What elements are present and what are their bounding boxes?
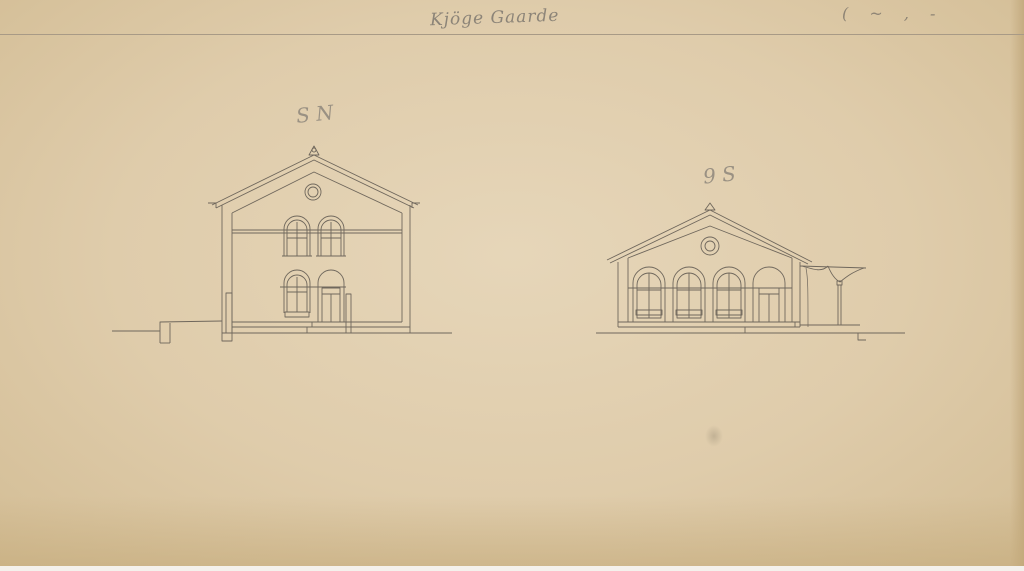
right-elevation bbox=[596, 203, 905, 340]
left-elevation bbox=[112, 146, 452, 343]
drawing-sheet: Kjöge Gaarde ( ~ , - S N 9 S bbox=[0, 0, 1024, 566]
elevations-drawing bbox=[0, 0, 1024, 566]
